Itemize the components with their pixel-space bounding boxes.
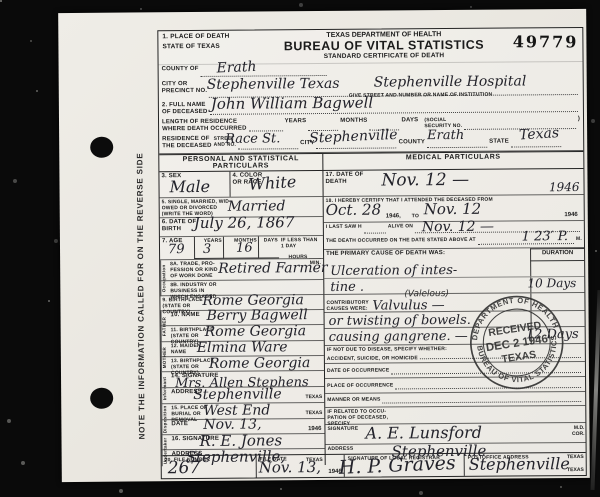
manner-label: MANNER OR MEANS (327, 396, 380, 405)
age-months-value: 3 (203, 243, 211, 256)
street-value: Race St. (225, 132, 280, 145)
birth-date-value: July 26, 1867 (194, 215, 295, 231)
informant-tab: Informant (161, 372, 171, 404)
film-speckles (0, 0, 2, 2)
sex-race-row: 3. SEX Male 4. COLOR OR RACE White (159, 171, 322, 198)
postoffice-cell: POSTOFFICE ADDRESS TEXAS Stephenville (465, 453, 586, 476)
death-occurred-label: THE DEATH OCCURRED ON THE DATE STATED AB… (326, 237, 476, 248)
file-number-value: 267 (168, 460, 201, 477)
m-label: M. (576, 236, 582, 246)
full-name-value: John William Bagwell (211, 95, 373, 111)
file-date-cell: FILE DATE Nov. 13, 1946 (257, 455, 345, 478)
age-years-value: 79 (168, 243, 185, 256)
certificate-number: 49779 (500, 30, 578, 59)
title-block: TEXAS DEPARTMENT OF HEALTH BUREAU OF VIT… (267, 31, 500, 62)
certificate-form: 1. PLACE OF DEATH STATE OF TEXAS TEXAS D… (157, 27, 587, 479)
scanned-certificate-photo: NOTE THE INFORMATION CALLED FOR ON THE R… (0, 0, 600, 497)
physician-address-label: ADDRESS (328, 446, 354, 452)
city-value: Stephenville Texas (207, 77, 340, 92)
death-date-year: 1946 (549, 181, 580, 193)
attended-to-year: 1946 (564, 212, 577, 218)
institution-value: Stephenville Hospital (374, 74, 527, 89)
file-date-value: Nov. 13, (259, 460, 321, 475)
occupation-group: Occupation 8A. TRADE, PRO- FESSION OR KI… (160, 259, 323, 296)
sex-cell: 3. SEX Male (159, 172, 230, 198)
months-label: MONTHS (340, 117, 367, 124)
county-inline-label: COUNTY (399, 139, 426, 146)
mother-tab: MOTHER (161, 342, 171, 372)
death-date-value: Nov. 12 — (381, 172, 469, 190)
certificate-paper: NOTE THE INFORMATION CALLED FOR ON THE R… (58, 9, 590, 482)
last-saw-value: Nov. 12 — (422, 219, 494, 234)
registrar-cell: SIGNATURE OF LOCAL REGISTRAR H. P. Grave… (345, 454, 465, 477)
age-less-cell: IF LESS THAN 1 DAY HOURS ____ MIN. (279, 236, 323, 258)
occupation-tab: Occupation (160, 260, 170, 296)
father-tab: FATHER (161, 311, 171, 342)
related-occupation-row: IF RELATED TO OCCU- PATION OF DECEASED, … (325, 406, 585, 425)
residence-state-value: Texas (519, 126, 560, 142)
postoffice-value: Stephenville (469, 456, 570, 473)
occurrence-place-label: PLACE OF OCCURRENCE (327, 382, 393, 392)
personal-column: 3. SEX Male 4. COLOR OR RACE White 5. SI… (159, 171, 325, 466)
age-days-value: 16 (236, 241, 253, 254)
contributory-value: Valvulus — (372, 299, 444, 313)
age-row: 7. AGE 79 YEARS 3 MONTHS 16 DAYS (160, 236, 323, 260)
residence-label: RESIDENCE OF THE DECEASED (162, 136, 212, 151)
informant-group: Informant 14. SIGNATURE Mrs. Allen Steph… (161, 371, 324, 404)
years-label: YEARS (285, 118, 307, 125)
age-days-cell: DAYS (259, 236, 279, 258)
attended-from-year: 1946, (386, 213, 401, 219)
undertaker-signature-value: R. E. Jones (199, 433, 282, 449)
disposition-group: Disposition 15. PLACE OF BURIAL OR REMOV… (161, 403, 324, 435)
age-years-cell: YEARS 3 (194, 237, 224, 259)
burial-date-label: DATE (171, 421, 188, 427)
race-cell: 4. COLOR OR RACE White (230, 171, 322, 197)
bureau-title: BUREAU OF VITAL STATISTICS (267, 38, 500, 54)
received-stamp: DEPARTMENT OF HEALTH BUREAU OF VITAL STA… (462, 288, 571, 397)
residence-county-value: Erath (427, 129, 464, 142)
to-label: TO (412, 213, 419, 219)
place-of-death-block: 1. PLACE OF DEATH STATE OF TEXAS (162, 32, 267, 62)
death-date-row: 17. DATE OF DEATH Nov. 12 — 1946 (323, 169, 583, 197)
father-name-label: 10. NAME (171, 312, 200, 318)
scan-edge-streak (591, 290, 600, 490)
md-cor-labels: M.D. COR. (572, 425, 585, 438)
reverse-side-note: NOTE THE INFORMATION CALLED FOR ON THE R… (135, 140, 151, 452)
county-label: COUNTY OF (162, 66, 199, 73)
state-inline-label: STATE (489, 138, 509, 145)
informant-address-value: Stephenville (193, 387, 282, 402)
sex-value: Male (169, 179, 210, 195)
occurrence-date-label: DATE OF OCCURRENCE (327, 367, 389, 376)
maiden-name-value: Elmina Ware (197, 340, 288, 355)
death-time-value: 1 23′ P. (522, 230, 568, 243)
state-of-texas-label: STATE OF TEXAS (162, 42, 267, 51)
registrar-signature-value: H. P. Graves (338, 454, 456, 478)
physician-signature-label: SIGNATURE (327, 426, 358, 432)
burial-date-value: Nov. 13, (203, 417, 261, 431)
residence-row: RESIDENCE OF THE DECEASED STREET AND NO.… (159, 132, 583, 154)
days-label: DAYS (401, 117, 418, 124)
residence-city-value: Stephenville (309, 128, 398, 146)
ssn-close-paren: ) (578, 116, 580, 123)
father-group: FATHER 10. NAME Berry Bagwell 11. BIRTHP… (161, 310, 324, 342)
primary-cause-label: THE PRIMARY CAUSE OF DEATH WAS: (326, 250, 445, 257)
informant-signature-row: 14. SIGNATURE Mrs. Allen Stephens (161, 371, 324, 388)
last-saw-label: I LAST SAW H (326, 223, 362, 235)
burial-date-year: 1946 (308, 426, 321, 432)
father-birthplace-value: Rome Georgia (205, 324, 306, 339)
age-cell: 7. AGE 79 (160, 237, 194, 259)
father-name-value: Berry Bagwell (206, 308, 307, 323)
trade-value: Retired Farmer (218, 261, 327, 276)
race-value: White (248, 174, 297, 193)
stamp-state: TEXAS (501, 350, 537, 366)
attended-from-value: Oct. 28 (326, 202, 381, 217)
city-precinct-label: CITY OR PRECINCT NO. (162, 81, 208, 96)
age-months-cell: MONTHS 16 (224, 236, 259, 258)
accident-label: ACCIDENT, SUICIDE, OR HOMICIDE (327, 355, 418, 362)
county-value: Erath (216, 60, 256, 76)
mother-birthplace-value: Rome Georgia (209, 356, 310, 371)
cause-duration: 10 Days (527, 277, 576, 289)
attended-to-value: Nov. 12 (424, 202, 482, 217)
place-of-death-label: 1. PLACE OF DEATH (162, 32, 267, 41)
birthplace-value: Rome Georgia (202, 293, 303, 308)
physician-signature-value: A. E. Lunsford (365, 425, 482, 442)
marital-value: Married (228, 199, 286, 213)
duration-header: DURATION (530, 248, 584, 261)
mother-birthplace-row: 13. BIRTHPLACE (STATE OR COUNTRY) Rome G… (161, 356, 324, 372)
hole-punch-top (90, 137, 113, 158)
personal-section-title: PERSONAL AND STATISTICAL PARTICULARS (159, 154, 323, 171)
full-name-label: 2. FULL NAME OF DECEASED (162, 102, 208, 117)
birth-date-row: 6. DATE OF BIRTH July 26, 1867 (160, 217, 323, 237)
hole-punch-bottom (90, 388, 113, 409)
medical-section-title: MEDICAL PARTICULARS (323, 152, 583, 170)
trade-row: 8A. TRADE, PRO- FESSION OR KIND OF WORK … (160, 259, 323, 281)
disposition-tab: Disposition (161, 404, 171, 435)
mother-group: MOTHER 12. MAIDEN NAME Elmina Ware 13. B… (161, 341, 324, 372)
